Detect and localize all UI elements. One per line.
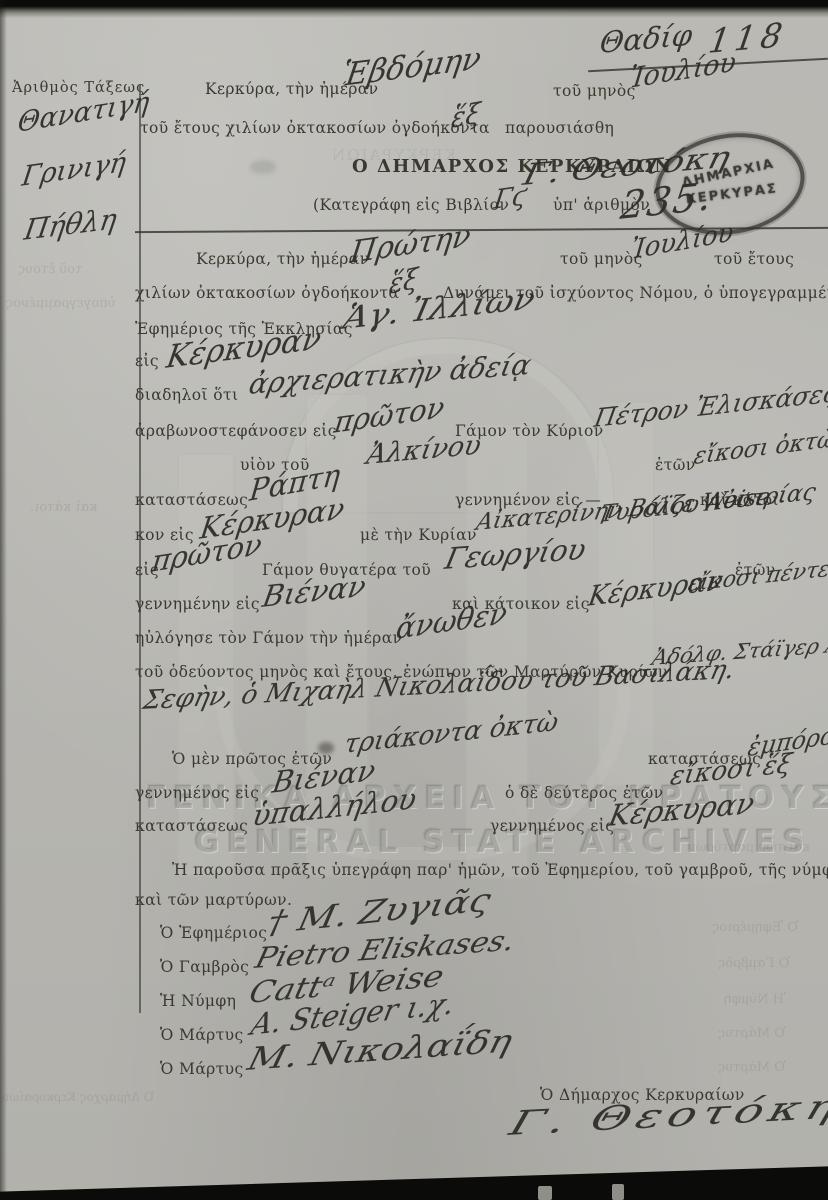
header-day-handwriting: Ἑβδόμην [340, 40, 484, 94]
first-witness-born-label: γεννημένος εἰς [135, 784, 259, 802]
registered-prefix: (Κατεγράφη εἰς Βιβλίον [313, 196, 509, 214]
groom-age-label: ἐτῶν [655, 456, 696, 474]
witness2-signature-label: Ὁ Μάρτυς [160, 1060, 244, 1078]
scanner-tab [538, 1186, 552, 1200]
header-year-line: τοῦ ἔτους χιλίων ὀκτακοσίων ὀγδοήκοντα [140, 119, 490, 137]
bleedthrough-text: Ὁ Δήμαρχος Κερκυραίων [2, 1090, 154, 1104]
bleedthrough-text: Ὁ Μάρτυς [718, 1026, 785, 1041]
body-day-handwriting: Πρώτην [348, 218, 473, 271]
declares-label: διαδηλοῖ ὅτι [135, 386, 238, 404]
betrothal-label: ἀραβωνοστεφάνοσεν εἰς [135, 422, 337, 440]
witness1-signature-label: Ὁ Μάρτυς [160, 1026, 244, 1044]
scan-top-edge [0, 0, 828, 18]
register-book-handwriting: Γϛ [492, 181, 529, 216]
bleedthrough-text: Ὁ Μάρτυς [718, 1060, 785, 1075]
closing-sentence-line1: Ἡ παροῦσα πρᾶξις ὑπεγράφη παρ' ἡμῶν, τοῦ… [172, 861, 828, 879]
bleedthrough-text: Ὁ Ἐφημέριος [712, 920, 798, 935]
bleedthrough-text: Ὁ Γαμβρὸς [718, 956, 790, 971]
priest-signature-label: Ὁ Ἐφημέριος [160, 924, 267, 942]
paper-stain [250, 160, 276, 174]
groom-age-handwriting: εἴκοσι ὀκτὼ [692, 426, 828, 470]
margin-entry: Γρινιγή [20, 147, 128, 193]
bleedthrough-text: καὶ κάτοι. [30, 500, 97, 515]
second-witness-born-label: γεννημένος εἰς [490, 817, 614, 835]
header-month-label: τοῦ μηνὸς [553, 82, 636, 100]
second-witness-status-label: καταστάσεως [135, 817, 248, 835]
bleedthrough-text: τοῦ ἔτους [18, 262, 82, 277]
blessed-marriage-label: ηὐλόγησε τὸν Γάμον τὴν ἡμέραν [135, 629, 402, 647]
scanner-tab [612, 1184, 624, 1200]
closing-sentence-line2: καὶ τῶν μαρτύρων. [135, 891, 292, 909]
bleedthrough-text: ὑπογεγραμμένος [6, 296, 116, 311]
margin-divider-rule [139, 85, 141, 1013]
body-year-suffix: τοῦ ἔτους [714, 250, 794, 268]
header-presented-label: παρουσιάσθη [505, 119, 614, 137]
corner-note-handwriting: Θαδίφ [598, 17, 694, 60]
bleedthrough-text: Ἡ Νύμφη [724, 992, 786, 1007]
bride-signature-label: Ἡ Νύμφη [160, 992, 236, 1010]
body-place-day: Κερκύρα, τὴν ἡμέραν [196, 250, 369, 268]
groom-signature-label: Ὁ Γαμβρὸς [160, 958, 249, 976]
bride-born-label: γεννημένην εἰς [135, 595, 260, 613]
margin-entry: Πήθλη [22, 202, 119, 247]
bleedthrough-text: καὶ τῶν μαρτύρων [688, 840, 810, 855]
header-year-handwriting: ἕξ [450, 97, 482, 135]
church-place-label: εἰς [135, 352, 159, 370]
scanned-marriage-register-page: ΓΕΝΙΚΑ ΑΡΧΕΙΑ ΤΟΥ ΚΡΑΤΟΥΣ GENERAL STATE … [0, 0, 828, 1200]
scan-left-edge [0, 0, 7, 1200]
